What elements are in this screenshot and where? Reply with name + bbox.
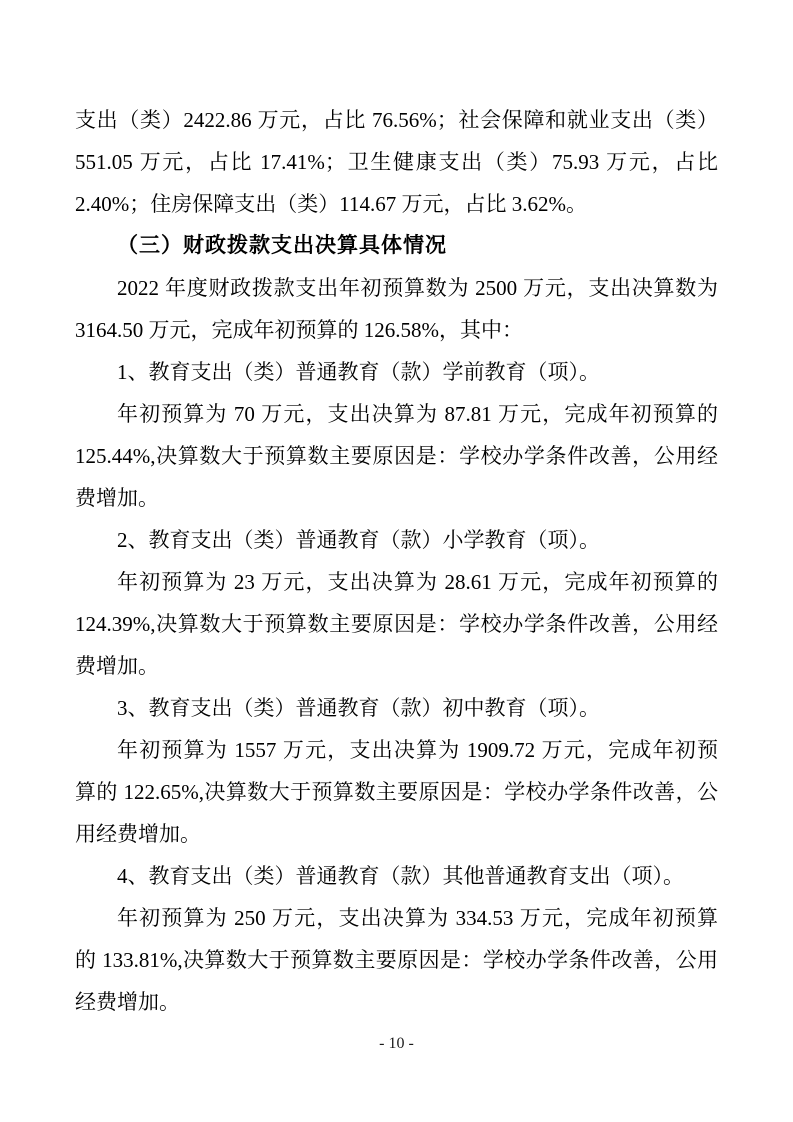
text-line: 经费增加。: [75, 981, 718, 1023]
paragraph: 年初预算为 250 万元，支出决算为 334.53 万元，完成年初预算的 133…: [75, 897, 718, 1023]
paragraph: 2、教育支出（类）普通教育（款）小学教育（项）。: [75, 519, 718, 561]
text-line: 4、教育支出（类）普通教育（款）其他普通教育支出（项）。: [75, 855, 718, 897]
text-line: 年初预算为 250 万元，支出决算为 334.53 万元，完成年初预算: [75, 897, 718, 939]
text-line: 费增加。: [75, 645, 718, 687]
document-body: 支出（类）2422.86 万元，占比 76.56%；社会保障和就业支出（类）55…: [75, 99, 718, 1023]
text-line: 2022 年度财政拨款支出年初预算数为 2500 万元，支出决算数为: [75, 267, 718, 309]
paragraph: 支出（类）2422.86 万元，占比 76.56%；社会保障和就业支出（类）55…: [75, 99, 718, 225]
document-page: 支出（类）2422.86 万元，占比 76.56%；社会保障和就业支出（类）55…: [0, 0, 793, 1122]
text-line: 的 133.81%,决算数大于预算数主要原因是：学校办学条件改善，公用: [75, 939, 718, 981]
paragraph: 4、教育支出（类）普通教育（款）其他普通教育支出（项）。: [75, 855, 718, 897]
text-line: 124.39%,决算数大于预算数主要原因是：学校办学条件改善，公用经: [75, 603, 718, 645]
text-line: 算的 122.65%,决算数大于预算数主要原因是：学校办学条件改善，公: [75, 771, 718, 813]
paragraph: 年初预算为 23 万元，支出决算为 28.61 万元，完成年初预算的124.39…: [75, 561, 718, 687]
text-line: 3、教育支出（类）普通教育（款）初中教育（项）。: [75, 687, 718, 729]
text-line: （三）财政拨款支出决算具体情况: [75, 225, 718, 267]
text-line: 年初预算为 23 万元，支出决算为 28.61 万元，完成年初预算的: [75, 561, 718, 603]
text-line: 2、教育支出（类）普通教育（款）小学教育（项）。: [75, 519, 718, 561]
text-line: 125.44%,决算数大于预算数主要原因是：学校办学条件改善，公用经: [75, 435, 718, 477]
text-line: 年初预算为 70 万元，支出决算为 87.81 万元，完成年初预算的: [75, 393, 718, 435]
paragraph: 年初预算为 1557 万元，支出决算为 1909.72 万元，完成年初预算的 1…: [75, 729, 718, 855]
text-line: 费增加。: [75, 477, 718, 519]
text-line: 年初预算为 1557 万元，支出决算为 1909.72 万元，完成年初预: [75, 729, 718, 771]
page-footer: - 10 -: [0, 1033, 793, 1055]
text-line: 用经费增加。: [75, 813, 718, 855]
text-line: 支出（类）2422.86 万元，占比 76.56%；社会保障和就业支出（类）: [75, 99, 718, 141]
text-line: 3164.50 万元，完成年初预算的 126.58%，其中：: [75, 309, 718, 351]
paragraph: 3、教育支出（类）普通教育（款）初中教育（项）。: [75, 687, 718, 729]
paragraph: 2022 年度财政拨款支出年初预算数为 2500 万元，支出决算数为3164.5…: [75, 267, 718, 351]
text-line: 1、教育支出（类）普通教育（款）学前教育（项）。: [75, 351, 718, 393]
paragraph: 年初预算为 70 万元，支出决算为 87.81 万元，完成年初预算的125.44…: [75, 393, 718, 519]
text-line: 551.05 万元，占比 17.41%；卫生健康支出（类）75.93 万元，占比: [75, 141, 718, 183]
page-number: - 10 -: [379, 1035, 414, 1052]
paragraph: 1、教育支出（类）普通教育（款）学前教育（项）。: [75, 351, 718, 393]
text-line: 2.40%；住房保障支出（类）114.67 万元，占比 3.62%。: [75, 183, 718, 225]
section-heading: （三）财政拨款支出决算具体情况: [75, 225, 718, 267]
